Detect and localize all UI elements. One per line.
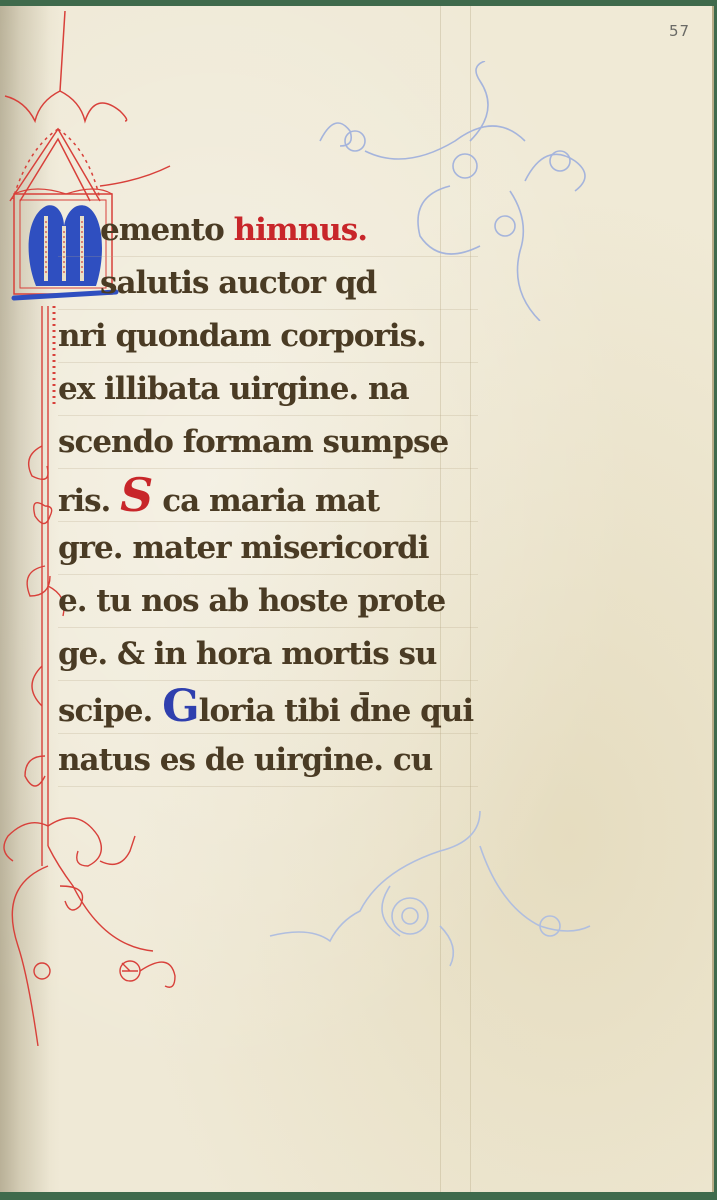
line-text: loria tibi d̄ne qui [199, 693, 474, 729]
text-line: nri quondam corporis. [58, 310, 478, 363]
blue-initial: G [162, 681, 199, 732]
text-line: emento himnus. [58, 204, 478, 257]
folio-number: 57 [669, 22, 690, 40]
text-block: emento himnus. salutis auctor qd nri quo… [58, 204, 478, 787]
text-line: scipe. Gloria tibi d̄ne qui [58, 681, 478, 734]
text-line: ex illibata uirgine. na [58, 363, 478, 416]
line-text: ge. & in hora mortis su [58, 636, 436, 672]
line-text: natus es de uirgine. cu [58, 742, 432, 778]
text-line: ris. S ca maria mat [58, 469, 478, 522]
text-line: gre. mater misericordi [58, 522, 478, 575]
blue-penwork-showthrough-bottom [260, 786, 600, 986]
line-text: ris. [58, 483, 120, 519]
manuscript-page: 57 [0, 6, 714, 1192]
text-line: scendo formam sumpse [58, 416, 478, 469]
line-text: scendo formam sumpse [58, 424, 448, 460]
line-text: salutis auctor qd [100, 265, 376, 301]
line-text: ex illibata uirgine. na [58, 371, 409, 407]
line-text: nri quondam corporis. [58, 318, 426, 354]
rubric-heading: himnus. [234, 212, 367, 248]
line-text: scipe. [58, 693, 162, 729]
text-line: natus es de uirgine. cu [58, 734, 478, 787]
red-initial: S [120, 468, 152, 522]
text-line: e. tu nos ab hoste prote [58, 575, 478, 628]
text-line: salutis auctor qd [58, 257, 478, 310]
line-text: emento [100, 212, 234, 248]
line-text: e. tu nos ab hoste prote [58, 583, 445, 619]
text-line: ge. & in hora mortis su [58, 628, 478, 681]
line-text: gre. mater misericordi [58, 530, 429, 566]
line-text: ca maria mat [162, 483, 379, 519]
